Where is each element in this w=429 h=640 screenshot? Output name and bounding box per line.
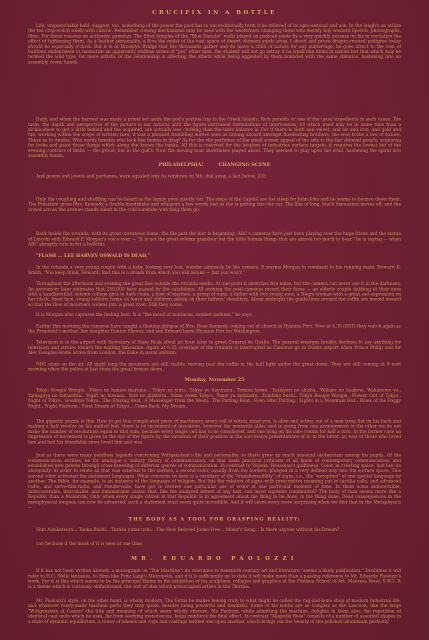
paragraph-airport: Television is in the airport with Secret… — [28, 340, 401, 356]
line-morgan-mood: It is Morgan who captures the feeling be… — [28, 313, 401, 318]
philadelphia-label: PHILADELPHIA! — [159, 162, 204, 168]
changing-scene-label: CHANGING SCENE — [218, 162, 270, 168]
section-heading-body-tool: THE BODY AS A TOOL FOR GRASPING REALITY: — [28, 516, 401, 522]
print-page: CRUCIFIX IN A BOTTLE Life, unquenchable … — [0, 0, 429, 640]
paragraph-afternoon-line: Throughout the afternoon and evening the… — [28, 282, 401, 308]
date-heading: Monday, November 25 — [28, 377, 401, 383]
section-heading-paolozzi: MR. EDUARDO PAOLOZZI — [28, 556, 401, 562]
paragraph-machine-monograph: If it has not been written already, a mo… — [28, 569, 401, 590]
paragraph-paolozzi-style: Mr. Paolozzi's style, on the other hand,… — [28, 599, 401, 625]
paragraph-coughing: Only the coughing and shuffling can be h… — [28, 197, 401, 213]
paragraph-life: Life, unquenchable held, suggest, too, s… — [28, 24, 401, 66]
page-title: CRUCIFIX IN A BOTTLE — [28, 9, 401, 16]
section-heading-flash: "FLASH ... LEE HARVEY OSWALD IS DEAD." — [28, 253, 401, 259]
paragraph-rose-kennedy: Earlier this morning the cameras have ca… — [28, 324, 401, 334]
line-gowns: And gowns and jewels and perfumes, were … — [28, 174, 401, 179]
paragraph-rotunda-bier: Back inside the rotunda, with its great … — [28, 232, 401, 248]
paragraph-gigantic-puzzle: The gigantic puzzle is this: How to get … — [28, 419, 401, 445]
paragraph-young-couple: In the rotunda a very young couple with … — [28, 265, 401, 275]
paragraph-wittgenstein: Just as there were many pointless legend… — [28, 453, 401, 510]
paragraph-tokyo-songs: Tokyo Boogie Woogie.. Tokyo no hanaoi ma… — [28, 388, 401, 409]
paragraph-nbc: NBC stays on the air. All night long the… — [28, 362, 401, 372]
page-content: CRUCIFIX IN A BOTTLE Life, unquenchable … — [28, 6, 401, 625]
line-mask: can because if the mask of it is seen at… — [28, 541, 401, 546]
section-heading-philadelphia: PHILADELPHIA! CHANGING SCENE — [28, 162, 401, 168]
line-song-titles: Shin Aizakatsura... Tanka Bushi... Tarah… — [28, 527, 401, 532]
paragraph-daily: Daily, and when the harvest was made a p… — [28, 117, 401, 159]
